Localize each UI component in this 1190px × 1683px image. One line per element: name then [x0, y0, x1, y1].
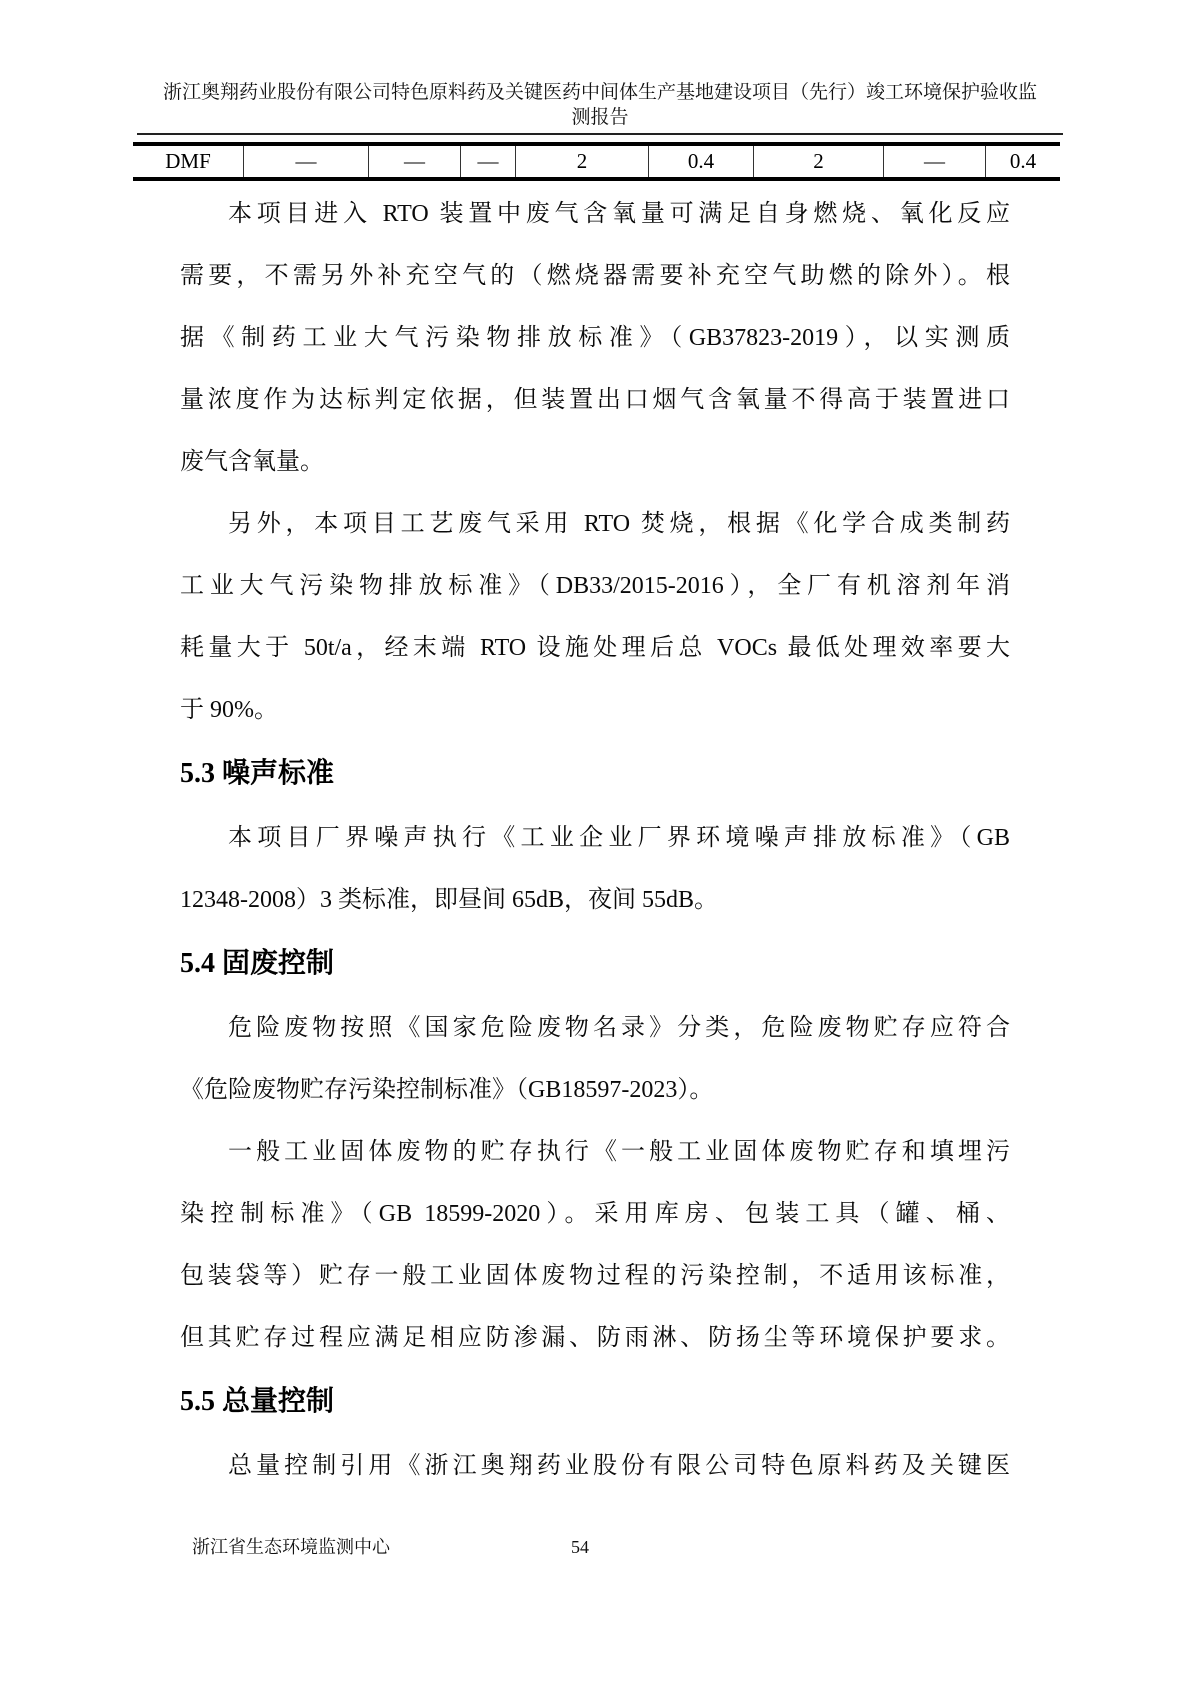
paragraph-line: 工业大气污染物排放标准》（DB33/2015-2016），全厂有机溶剂年消: [180, 555, 1010, 617]
paragraph-line: 需要，不需另外补充空气的（燃烧器需要补充空气助燃的除外）。根: [180, 245, 1010, 307]
footer-organization: 浙江省生态环境监测中心: [192, 1532, 390, 1562]
table-cell: —: [883, 146, 985, 177]
table-cell: 2: [515, 146, 648, 177]
table-cell: —: [460, 146, 515, 177]
section-heading-5-5: 5.5 总量控制: [180, 1369, 1010, 1435]
paragraph-line: 危险废物按照《国家危险废物名录》分类，危险废物贮存应符合: [180, 997, 1010, 1059]
paragraph-line: 12348-2008）3 类标准，即昼间 65dB，夜间 55dB。: [180, 869, 1010, 931]
page-footer: 浙江省生态环境监测中心 54: [0, 1532, 1190, 1562]
table-cell-substance: DMF: [133, 146, 243, 177]
paragraph-line: 包装袋等）贮存一般工业固体废物过程的污染控制，不适用该标准，: [180, 1245, 1010, 1307]
page-header: 浙江奥翔药业股份有限公司特色原料药及关键医药中间体生产基地建设项目（先行）竣工环…: [137, 80, 1063, 135]
paragraph-line: 但其贮存过程应满足相应防渗漏、防雨淋、防扬尘等环境保护要求。: [180, 1307, 1010, 1369]
section-heading-5-3: 5.3 噪声标准: [180, 741, 1010, 807]
section-heading-5-4: 5.4 固废控制: [180, 931, 1010, 997]
table-cell: —: [243, 146, 368, 177]
paragraph-line: 总量控制引用《浙江奥翔药业股份有限公司特色原料药及关键医: [180, 1435, 1010, 1497]
document-body: 本项目进入 RTO 装置中废气含氧量可满足自身燃烧、氧化反应 需要，不需另外补充…: [180, 183, 1010, 1497]
paragraph-line: 本项目厂界噪声执行《工业企业厂界环境噪声排放标准》（GB: [180, 807, 1010, 869]
paragraph-line: 于 90%。: [180, 679, 1010, 741]
paragraph-line: 废气含氧量。: [180, 431, 1010, 493]
paragraph-line: 染控制标准》（GB 18599-2020）。采用库房、包装工具（罐、桶、: [180, 1183, 1010, 1245]
page-header-title-line-1: 浙江奥翔药业股份有限公司特色原料药及关键医药中间体生产基地建设项目（先行）竣工环…: [137, 80, 1063, 105]
page-number: 54: [540, 1532, 620, 1562]
paragraph-line: 本项目进入 RTO 装置中废气含氧量可满足自身燃烧、氧化反应: [180, 183, 1010, 245]
standards-table: DMF — — — 2 0.4 2 — 0.4: [133, 142, 1060, 181]
table-cell: 0.4: [648, 146, 753, 177]
paragraph-line: 耗量大于 50t/a，经末端 RTO 设施处理后总 VOCs 最低处理效率要大: [180, 617, 1010, 679]
report-page: 浙江奥翔药业股份有限公司特色原料药及关键医药中间体生产基地建设项目（先行）竣工环…: [0, 0, 1190, 1683]
paragraph-line: 一般工业固体废物的贮存执行《一般工业固体废物贮存和填埋污: [180, 1121, 1010, 1183]
paragraph-line: 《危险废物贮存污染控制标准》（GB18597-2023）。: [180, 1059, 1010, 1121]
paragraph-line: 量浓度作为达标判定依据，但装置出口烟气含氧量不得高于装置进口: [180, 369, 1010, 431]
table-cell: —: [368, 146, 460, 177]
table-cell: 0.4: [985, 146, 1060, 177]
page-header-title-line-2: 测报告: [137, 105, 1063, 130]
paragraph-line: 据《制药工业大气污染物排放标准》（GB37823-2019），以实测质: [180, 307, 1010, 369]
table-cell: 2: [753, 146, 883, 177]
paragraph-line: 另外，本项目工艺废气采用 RTO 焚烧，根据《化学合成类制药: [180, 493, 1010, 555]
